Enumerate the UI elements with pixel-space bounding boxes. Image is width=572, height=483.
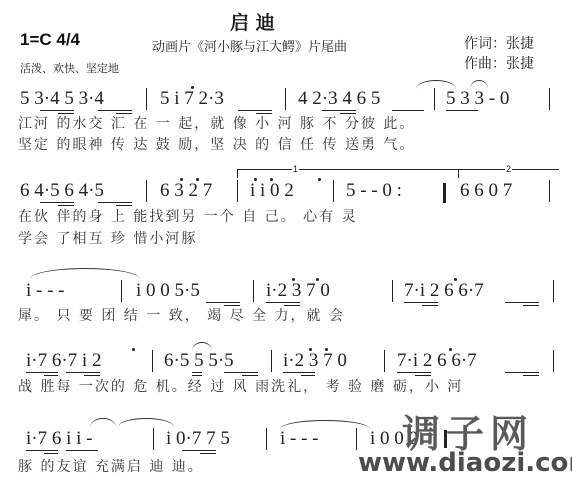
barline (121, 280, 122, 302)
measure-18-notes: i·7 6 i i - (26, 428, 93, 450)
watermark-url: www.diaozi.com (358, 448, 572, 478)
barline (434, 88, 435, 110)
composer-credit: 作曲：张捷 (464, 53, 534, 73)
barline (152, 350, 153, 372)
measure-5-notes: 6 4·5 6 4·5 (20, 180, 104, 202)
lyrics-line: 战 胜每 一次的 危 机。经 过 风 雨洗礼， 考 验 磨 砺，小 河 (18, 376, 463, 396)
measure-20-notes: i - - - (280, 428, 319, 450)
lyrics-verse-2: 坚定 的眼神 传 达 鼓 励，坚 决 的 信 任 传 送勇 气。 (18, 134, 415, 154)
measure-7-notes: i i 0 2 (250, 180, 294, 202)
barline (237, 180, 238, 202)
measure-1-notes: 5 3·4 5 3·4 (20, 88, 104, 110)
lyrics-verse-1: 江河 的水交 汇 在 一 起，就 像 小 河 豚 不 分彼 此。 (18, 113, 415, 133)
barline (392, 280, 393, 302)
lyrics-line: 犀。 只 要 团 结 一 致， 竭 尽 全 力，就 会 (18, 305, 345, 325)
lyricist-credit: 作词：张捷 (464, 33, 534, 53)
barline (271, 350, 272, 372)
measure-15-notes: 6·5 5 5·5 (164, 350, 234, 372)
barline (153, 428, 154, 450)
barline (146, 180, 147, 202)
barline (549, 180, 550, 202)
measure-4-notes: 5 3 3 - 0 (446, 88, 509, 110)
lyrics-line: 豚 的友谊 充满启 迪 迪。 (18, 456, 204, 476)
measure-8-notes: 5 - - 0 : (346, 180, 402, 202)
measure-14-notes: i·7 6·7 i 2 (26, 350, 101, 372)
barline (146, 88, 147, 110)
lyrics-verse-2: 学会 了相互 珍 惜小河豚 (18, 228, 197, 248)
key-signature: 1=C 4/4 (20, 30, 80, 50)
barline (333, 180, 334, 202)
song-title: 启 迪 (230, 8, 275, 35)
measure-3-notes: 4 2·3 4 6 5 (298, 88, 380, 110)
lyrics-verse-1: 在伙 伴的身 上 能找到另 一个 自 己。 心有 灵 (18, 206, 358, 226)
barline (384, 350, 385, 372)
measure-12-notes: i·2 3 7 0 (266, 280, 330, 302)
volta-1-number: 1 (292, 164, 299, 174)
measure-10-notes: i - - - (26, 280, 65, 302)
measure-2-notes: 5 i 7 2·3 (160, 88, 224, 110)
barline (356, 428, 357, 450)
barline (553, 280, 554, 302)
barline (266, 428, 267, 450)
barline (253, 280, 254, 302)
measure-17-notes: 7·i 2 6 6·7 (397, 350, 477, 372)
measure-6-notes: 6 3 2 7 (160, 180, 212, 202)
volta-2-number: 2 (505, 164, 512, 174)
tempo-marking: 活泼、欢快、坚定地 (20, 60, 119, 76)
barline (285, 88, 286, 110)
measure-13-notes: 7·i 2 6 6·7 (404, 280, 484, 302)
barline (549, 88, 550, 110)
measure-11-notes: i 0 0 5·5 (136, 280, 200, 302)
measure-9-notes: 6 6 0 7 (460, 180, 512, 202)
measure-16-notes: i·2 3 7 0 (283, 350, 347, 372)
barline (553, 350, 554, 372)
song-subtitle: 动画片《河小豚与江大鳄》片尾曲 (152, 36, 347, 55)
measure-19-notes: i 0·7 7 5 (166, 428, 230, 450)
